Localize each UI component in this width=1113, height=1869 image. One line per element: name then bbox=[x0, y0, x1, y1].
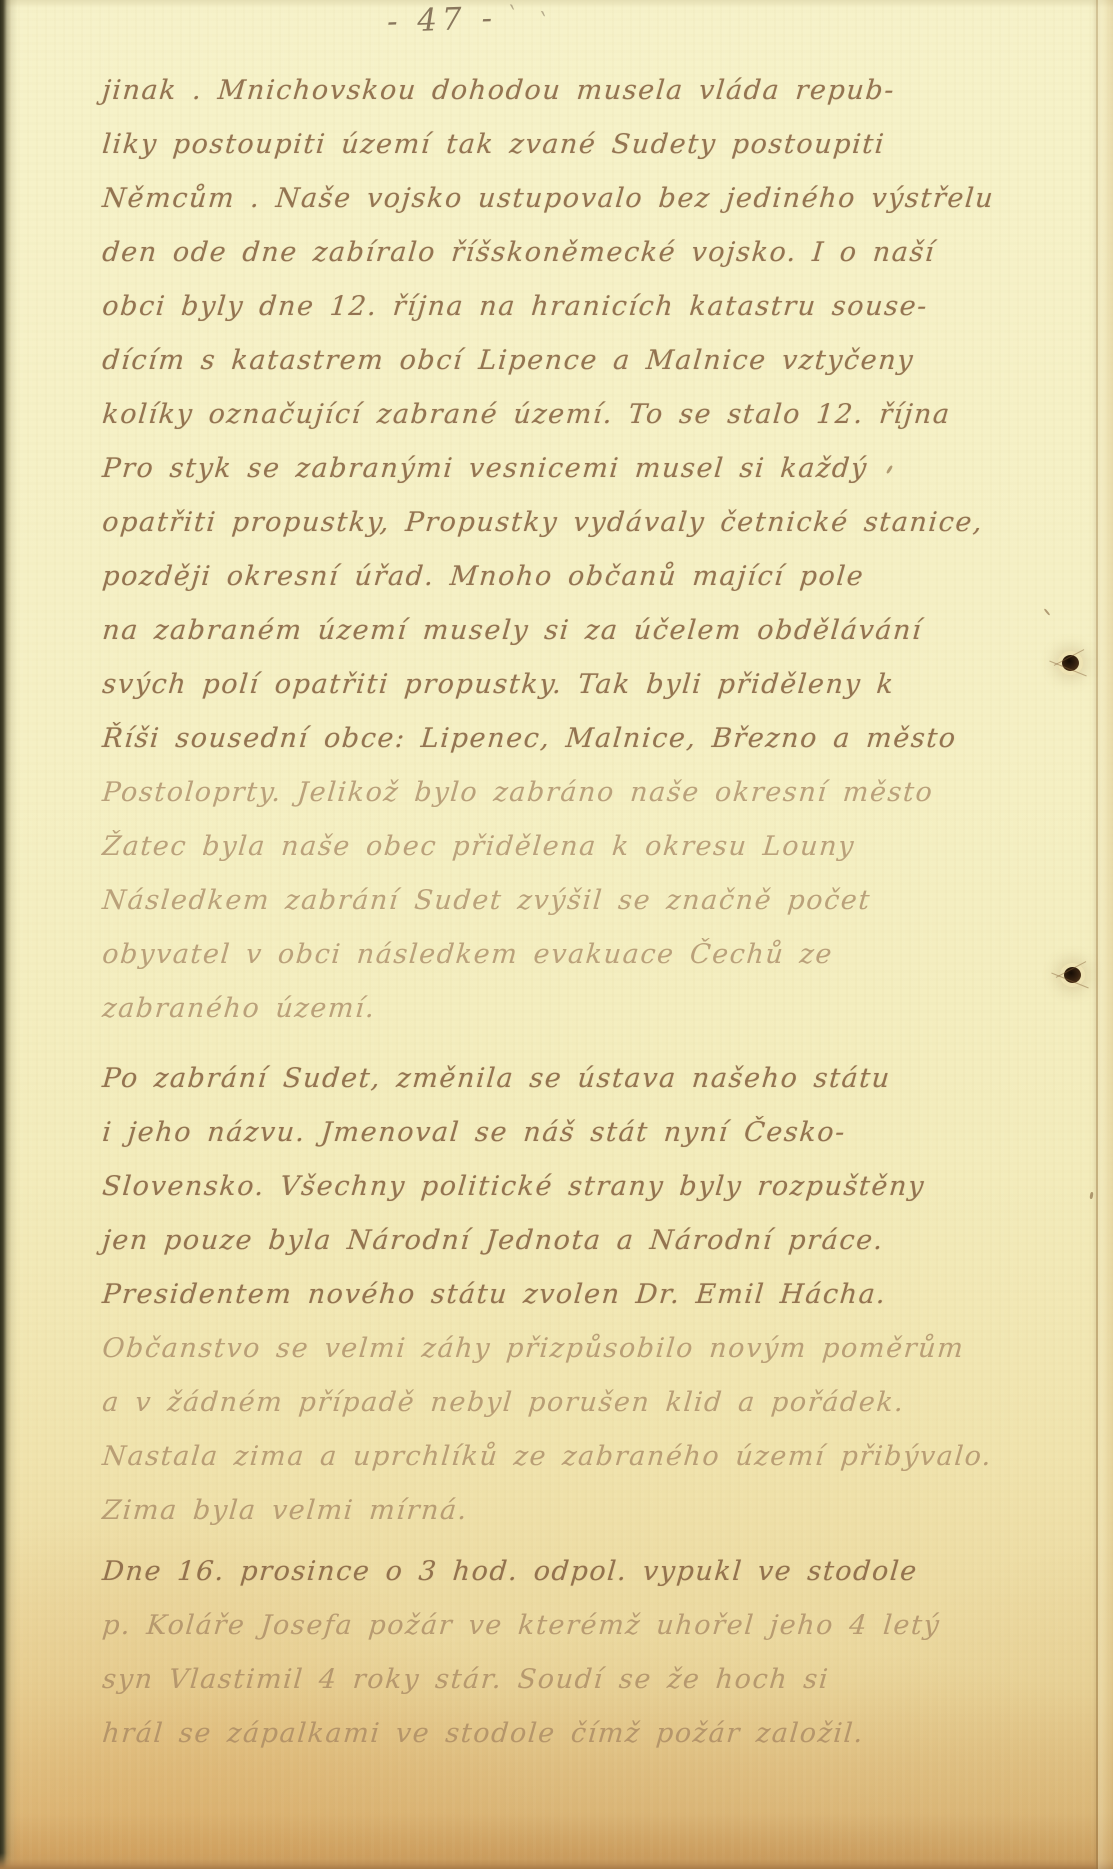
handwritten-line: Žatec byla naše obec přidělena k okresu … bbox=[100, 820, 955, 874]
handwritten-line: Zima byla velmi mírná. bbox=[100, 1484, 955, 1538]
handwritten-line: opatřiti propustky, Propustky vydávaly č… bbox=[100, 496, 955, 550]
handwritten-line: obyvatel v obci následkem evakuace Čechů… bbox=[100, 928, 955, 982]
page-left-edge bbox=[0, 0, 18, 1869]
handwritten-line: Dne 16. prosince o 3 hod. odpol. vypukl … bbox=[100, 1545, 955, 1599]
handwritten-line: a v žádném případě nebyl porušen klid a … bbox=[100, 1376, 955, 1430]
handwritten-line: p. Koláře Josefa požár ve kterémž uhořel… bbox=[100, 1599, 955, 1653]
handwritten-line: později okresní úřad. Mnoho občanů majíc… bbox=[100, 550, 955, 604]
handwritten-line: dícím s katastrem obcí Lipence a Malnice… bbox=[100, 334, 955, 388]
handwritten-line: zabraného území. bbox=[100, 982, 955, 1036]
chronicle-page: - 47 - ` ` jinak . Mnichovskou dohodou m… bbox=[0, 0, 1113, 1869]
handwritten-line: Postoloprty. Jelikož bylo zabráno naše o… bbox=[100, 766, 955, 820]
handwritten-line: liky postoupiti území tak zvané Sudety p… bbox=[100, 118, 955, 172]
handwritten-line: kolíky označující zabrané území. To se s… bbox=[100, 388, 955, 442]
handwritten-line: hrál se zápalkami ve stodole čímž požár … bbox=[100, 1707, 955, 1761]
ink-speck bbox=[1044, 608, 1051, 615]
handwritten-line: jinak . Mnichovskou dohodou musela vláda… bbox=[100, 64, 955, 118]
handwritten-line: i jeho názvu. Jmenoval se náš stát nyní … bbox=[100, 1106, 955, 1160]
handwritten-line: den ode dne zabíralo říšskoněmecké vojsk… bbox=[100, 226, 955, 280]
binding-hole-top bbox=[1062, 655, 1079, 671]
handwritten-line: jen pouze byla Národní Jednota a Národní… bbox=[100, 1214, 955, 1268]
handwritten-line: Němcům . Naše vojsko ustupovalo bez jedi… bbox=[100, 172, 955, 226]
ink-speck bbox=[1089, 1192, 1093, 1199]
handwritten-line: Presidentem nového státu zvolen Dr. Emil… bbox=[100, 1268, 955, 1322]
handwritten-line: Nastala zima a uprchlíků ze zabraného úz… bbox=[100, 1430, 955, 1484]
handwritten-line: syn Vlastimil 4 roky stár. Soudí se že h… bbox=[100, 1653, 955, 1707]
handwritten-line: Po zabrání Sudet, změnila se ústava naše… bbox=[100, 1052, 955, 1106]
handwritten-line: svých polí opatřiti propustky. Tak byli … bbox=[100, 658, 955, 712]
page-bottom-edge bbox=[0, 1853, 1113, 1869]
handwritten-line: Občanstvo se velmi záhy přizpůsobilo nov… bbox=[100, 1322, 955, 1376]
handwritten-line: Následkem zabrání Sudet zvýšil se značně… bbox=[100, 874, 955, 928]
page-top-edge bbox=[0, 0, 1113, 8]
page-right-edge bbox=[1098, 0, 1113, 1869]
handwritten-line: Říši sousední obce: Lipenec, Malnice, Bř… bbox=[100, 712, 955, 766]
binding-hole-bottom bbox=[1064, 967, 1081, 983]
handwritten-line: Slovensko. Všechny politické strany byly… bbox=[100, 1160, 955, 1214]
handwriting-block: jinak . Mnichovskou dohodou musela vláda… bbox=[100, 64, 950, 1761]
handwritten-line: Pro styk se zabranými vesnicemi musel si… bbox=[100, 442, 955, 496]
handwritten-line: obci byly dne 12. října na hranicích kat… bbox=[100, 280, 955, 334]
handwritten-line: na zabraném území musely si za účelem ob… bbox=[100, 604, 955, 658]
